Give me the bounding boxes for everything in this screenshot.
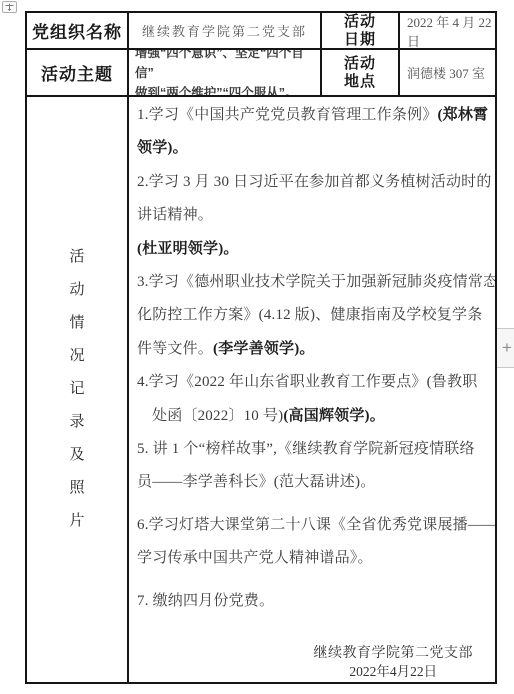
activity-theme-value: 增强“四个意识”、坚定“四个自信” 做到“两个维护”“四个服从”。 <box>129 50 322 97</box>
record-line: 领学)。 <box>137 132 495 165</box>
side-label-char: 动 <box>69 283 84 298</box>
record-segment-bold: (高国辉领学)。 <box>283 408 385 424</box>
signature-date: 2022年4月22日 <box>314 663 474 680</box>
side-label-char: 及 <box>69 448 84 463</box>
record-line: 化防控工作方案》(4.12 版)、健康指南及学校复学条 <box>137 299 495 332</box>
theme-value-line2: 做到“两个维护”“四个服从”。 <box>135 83 320 98</box>
activity-place-label-line1: 活动 <box>344 55 376 73</box>
record-side-label: 活动情况记录及照片 <box>27 97 129 682</box>
record-segment: 5. 讲 1 个“榜样故事”,《继续教育学院新冠疫情联络 <box>137 441 475 457</box>
record-line: (杜亚明领学)。 <box>137 233 495 266</box>
record-segment: 3.学习《德州职业技术学院关于加强新冠肺炎疫情常态 <box>137 274 495 290</box>
record-segment: 化防控工作方案》(4.12 版)、健康指南及学校复学条 <box>137 307 482 323</box>
activity-date-value: 2022 年 4 月 22 日 <box>400 13 495 50</box>
side-label-char: 录 <box>69 415 84 430</box>
activity-date-label-line1: 活动 <box>344 13 376 31</box>
record-segment: 4.学习《2022 年山东省职业教育工作要点》(鲁教职 <box>137 374 477 390</box>
record-segment-bold: (李学善领学)。 <box>213 341 315 357</box>
record-segment-bold: (郑林霄 <box>437 107 488 123</box>
activity-theme-label: 活动主题 <box>27 50 129 97</box>
record-line: 讲话精神。 <box>137 199 495 232</box>
record-segment: 员——李学善科长》(范大磊讲述)。 <box>137 474 375 490</box>
signature-block: 继续教育学院第二党支部 2022年4月22日 <box>314 645 474 680</box>
activity-place-value: 润德楼 307 室 <box>400 50 495 97</box>
record-segment-bold: (杜亚明领学)。 <box>137 241 239 257</box>
record-line: 处函〔2022〕10 号)(高国辉领学)。 <box>137 400 495 433</box>
record-line: 6.学习灯塔大课堂第二十八课《全省优秀党课展播—— <box>137 509 495 542</box>
record-line: 学习传承中国共产党人精神谱品》。 <box>137 542 495 575</box>
org-name-label: 党组织名称 <box>27 13 129 50</box>
org-name-value: 继续教育学院第二党支部 <box>129 13 322 50</box>
table-move-handle-icon[interactable] <box>2 1 17 13</box>
record-segment: 处函〔2022〕10 号) <box>152 408 283 424</box>
side-label-char: 情 <box>69 316 84 331</box>
record-segment-bold: 领学)。 <box>137 140 188 156</box>
record-line: 4.学习《2022 年山东省职业教育工作要点》(鲁教职 <box>137 366 495 399</box>
activity-date-label-line2: 日期 <box>344 31 376 49</box>
record-segment: 7. 缴纳四月份党费。 <box>137 593 274 609</box>
record-segment: 学习传承中国共产党人精神谱品》。 <box>137 550 373 566</box>
side-label-char: 记 <box>69 382 84 397</box>
activity-date-label: 活动 日期 <box>322 13 400 50</box>
record-segment: 件等文件。 <box>137 341 213 357</box>
record-line: 7. 缴纳四月份党费。 <box>137 585 495 618</box>
side-label-char: 片 <box>69 514 84 529</box>
record-segment: 讲话精神。 <box>137 207 213 223</box>
side-label-char: 活 <box>69 250 84 265</box>
record-segment: 6.学习灯塔大课堂第二十八课《全省优秀党课展播—— <box>137 517 495 533</box>
activity-record-table: 党组织名称 继续教育学院第二党支部 活动 日期 2022 年 4 月 22 日 … <box>25 11 497 684</box>
activity-place-label-line2: 地点 <box>344 73 376 91</box>
record-line: 员——李学善科长》(范大磊讲述)。 <box>137 466 495 499</box>
record-lines: 1.学习《中国共产党党员教育管理工作条例》(郑林霄领学)。2.学习 3 月 30… <box>137 99 495 618</box>
activity-place-label: 活动 地点 <box>322 50 400 97</box>
record-segment: 2.学习 3 月 30 日习近平在参加首都义务植树活动时的 <box>137 174 492 190</box>
record-segment: 1.学习《中国共产党党员教育管理工作条例》 <box>137 107 437 123</box>
signature-org: 继续教育学院第二党支部 <box>314 645 474 663</box>
record-line: 2.学习 3 月 30 日习近平在参加首都义务植树活动时的 <box>137 166 495 199</box>
record-line: 1.学习《中国共产党党员教育管理工作条例》(郑林霄 <box>137 99 495 132</box>
theme-value-line1: 增强“四个意识”、坚定“四个自信” <box>135 50 320 83</box>
document-page: { "colors": { "table_border": "#151515",… <box>0 0 514 694</box>
side-label-char: 况 <box>69 349 84 364</box>
record-line: 件等文件。(李学善领学)。 <box>137 333 495 366</box>
record-content-cell: 1.学习《中国共产党党员教育管理工作条例》(郑林霄领学)。2.学习 3 月 30… <box>129 97 495 682</box>
side-label-char: 照 <box>69 481 84 496</box>
move-arrows-glyph <box>5 3 14 11</box>
record-line: 3.学习《德州职业技术学院关于加强新冠肺炎疫情常态 <box>137 266 495 299</box>
record-line: 5. 讲 1 个“榜样故事”,《继续教育学院新冠疫情联络 <box>137 433 495 466</box>
